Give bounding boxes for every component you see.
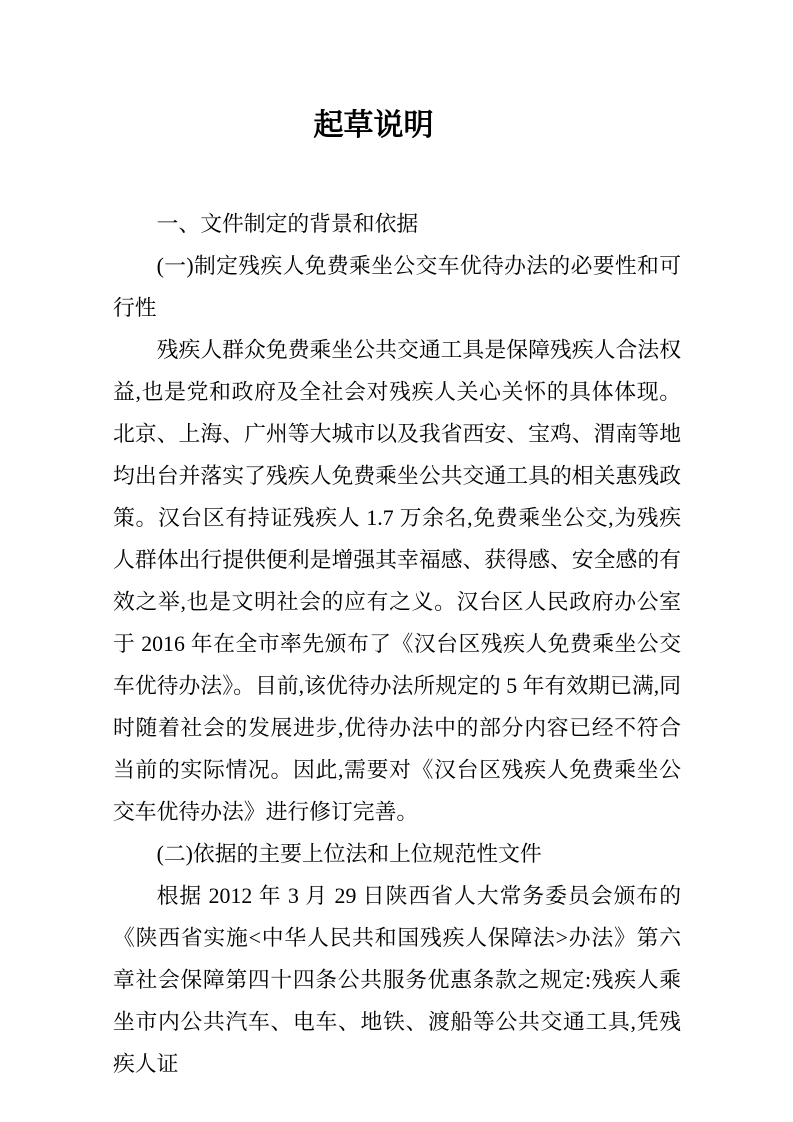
document-page: 起草说明 一、文件制定的背景和依据 (一)制定残疾人免费乘坐公交车优待办法的必要… (0, 0, 793, 1122)
subsection-heading-2: (二)依据的主要上位法和上位规范性文件 (113, 833, 681, 875)
paragraph-necessity-and-feasibility: 残疾人群众免费乘坐公共交通工具是保障残疾人合法权益,也是党和政府及全社会对残疾人… (113, 329, 681, 833)
subsection-heading-1: (一)制定残疾人免费乘坐公交车优待办法的必要性和可行性 (113, 245, 681, 329)
paragraph-legal-basis: 根据 2012 年 3 月 29 日陕西省人大常务委员会颁布的《陕西省实施<中华… (113, 875, 681, 1085)
page-title: 起草说明 (0, 104, 770, 148)
document-body: 一、文件制定的背景和依据 (一)制定残疾人免费乘坐公交车优待办法的必要性和可行性… (113, 203, 681, 1085)
section-heading-1: 一、文件制定的背景和依据 (113, 203, 681, 245)
